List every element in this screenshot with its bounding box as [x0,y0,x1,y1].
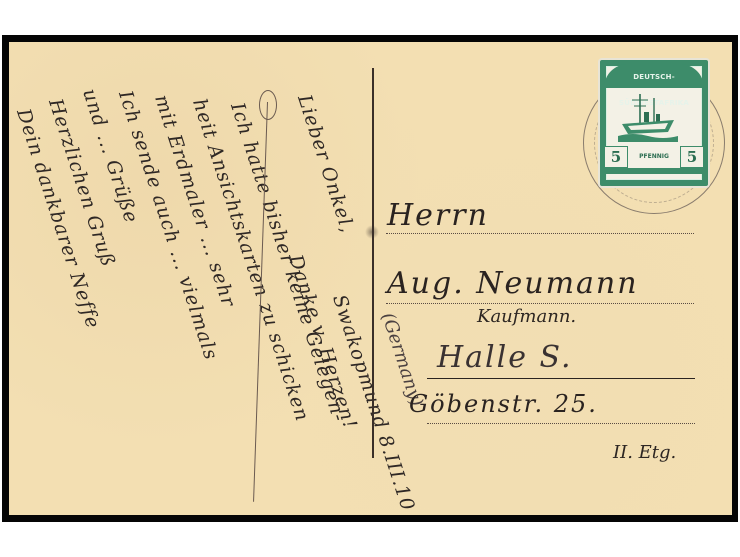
postage-stamp: DEUTSCH-SÜDWESTAFRIKA 5 PFENNIG 5 [600,60,708,186]
address-line-3 [427,378,695,379]
stamp-country-text: DEUTSCH-SÜDWESTAFRIKA [604,64,704,88]
address-name: Aug. Neumann [387,266,639,301]
address-line-1 [386,233,694,234]
message-greeting: Lieber Onkel, [293,92,358,236]
address-line-2 [386,303,694,304]
address-street: Göbenstr. 25. [409,390,598,418]
stamp-value-right: 5 [680,146,704,168]
address-occupation: Kaufmann. [477,306,576,327]
address-city: Halle S. [437,340,573,375]
postcard: Lieber Onkel, Danke v. Herzen! Swakopmun… [9,42,732,515]
address-floor: II. Etg. [613,442,676,463]
postcard-divider [372,68,374,458]
address-line-4 [427,423,695,424]
address-salutation: Herrn [387,198,489,233]
pen-flourish-loop [259,90,277,120]
stamp-denomination: PFENNIG [630,153,678,160]
ship-icon [618,90,678,142]
stamp-bottom-border [604,168,704,174]
stamp-value-left: 5 [604,146,628,168]
ink-smudge [365,225,379,239]
